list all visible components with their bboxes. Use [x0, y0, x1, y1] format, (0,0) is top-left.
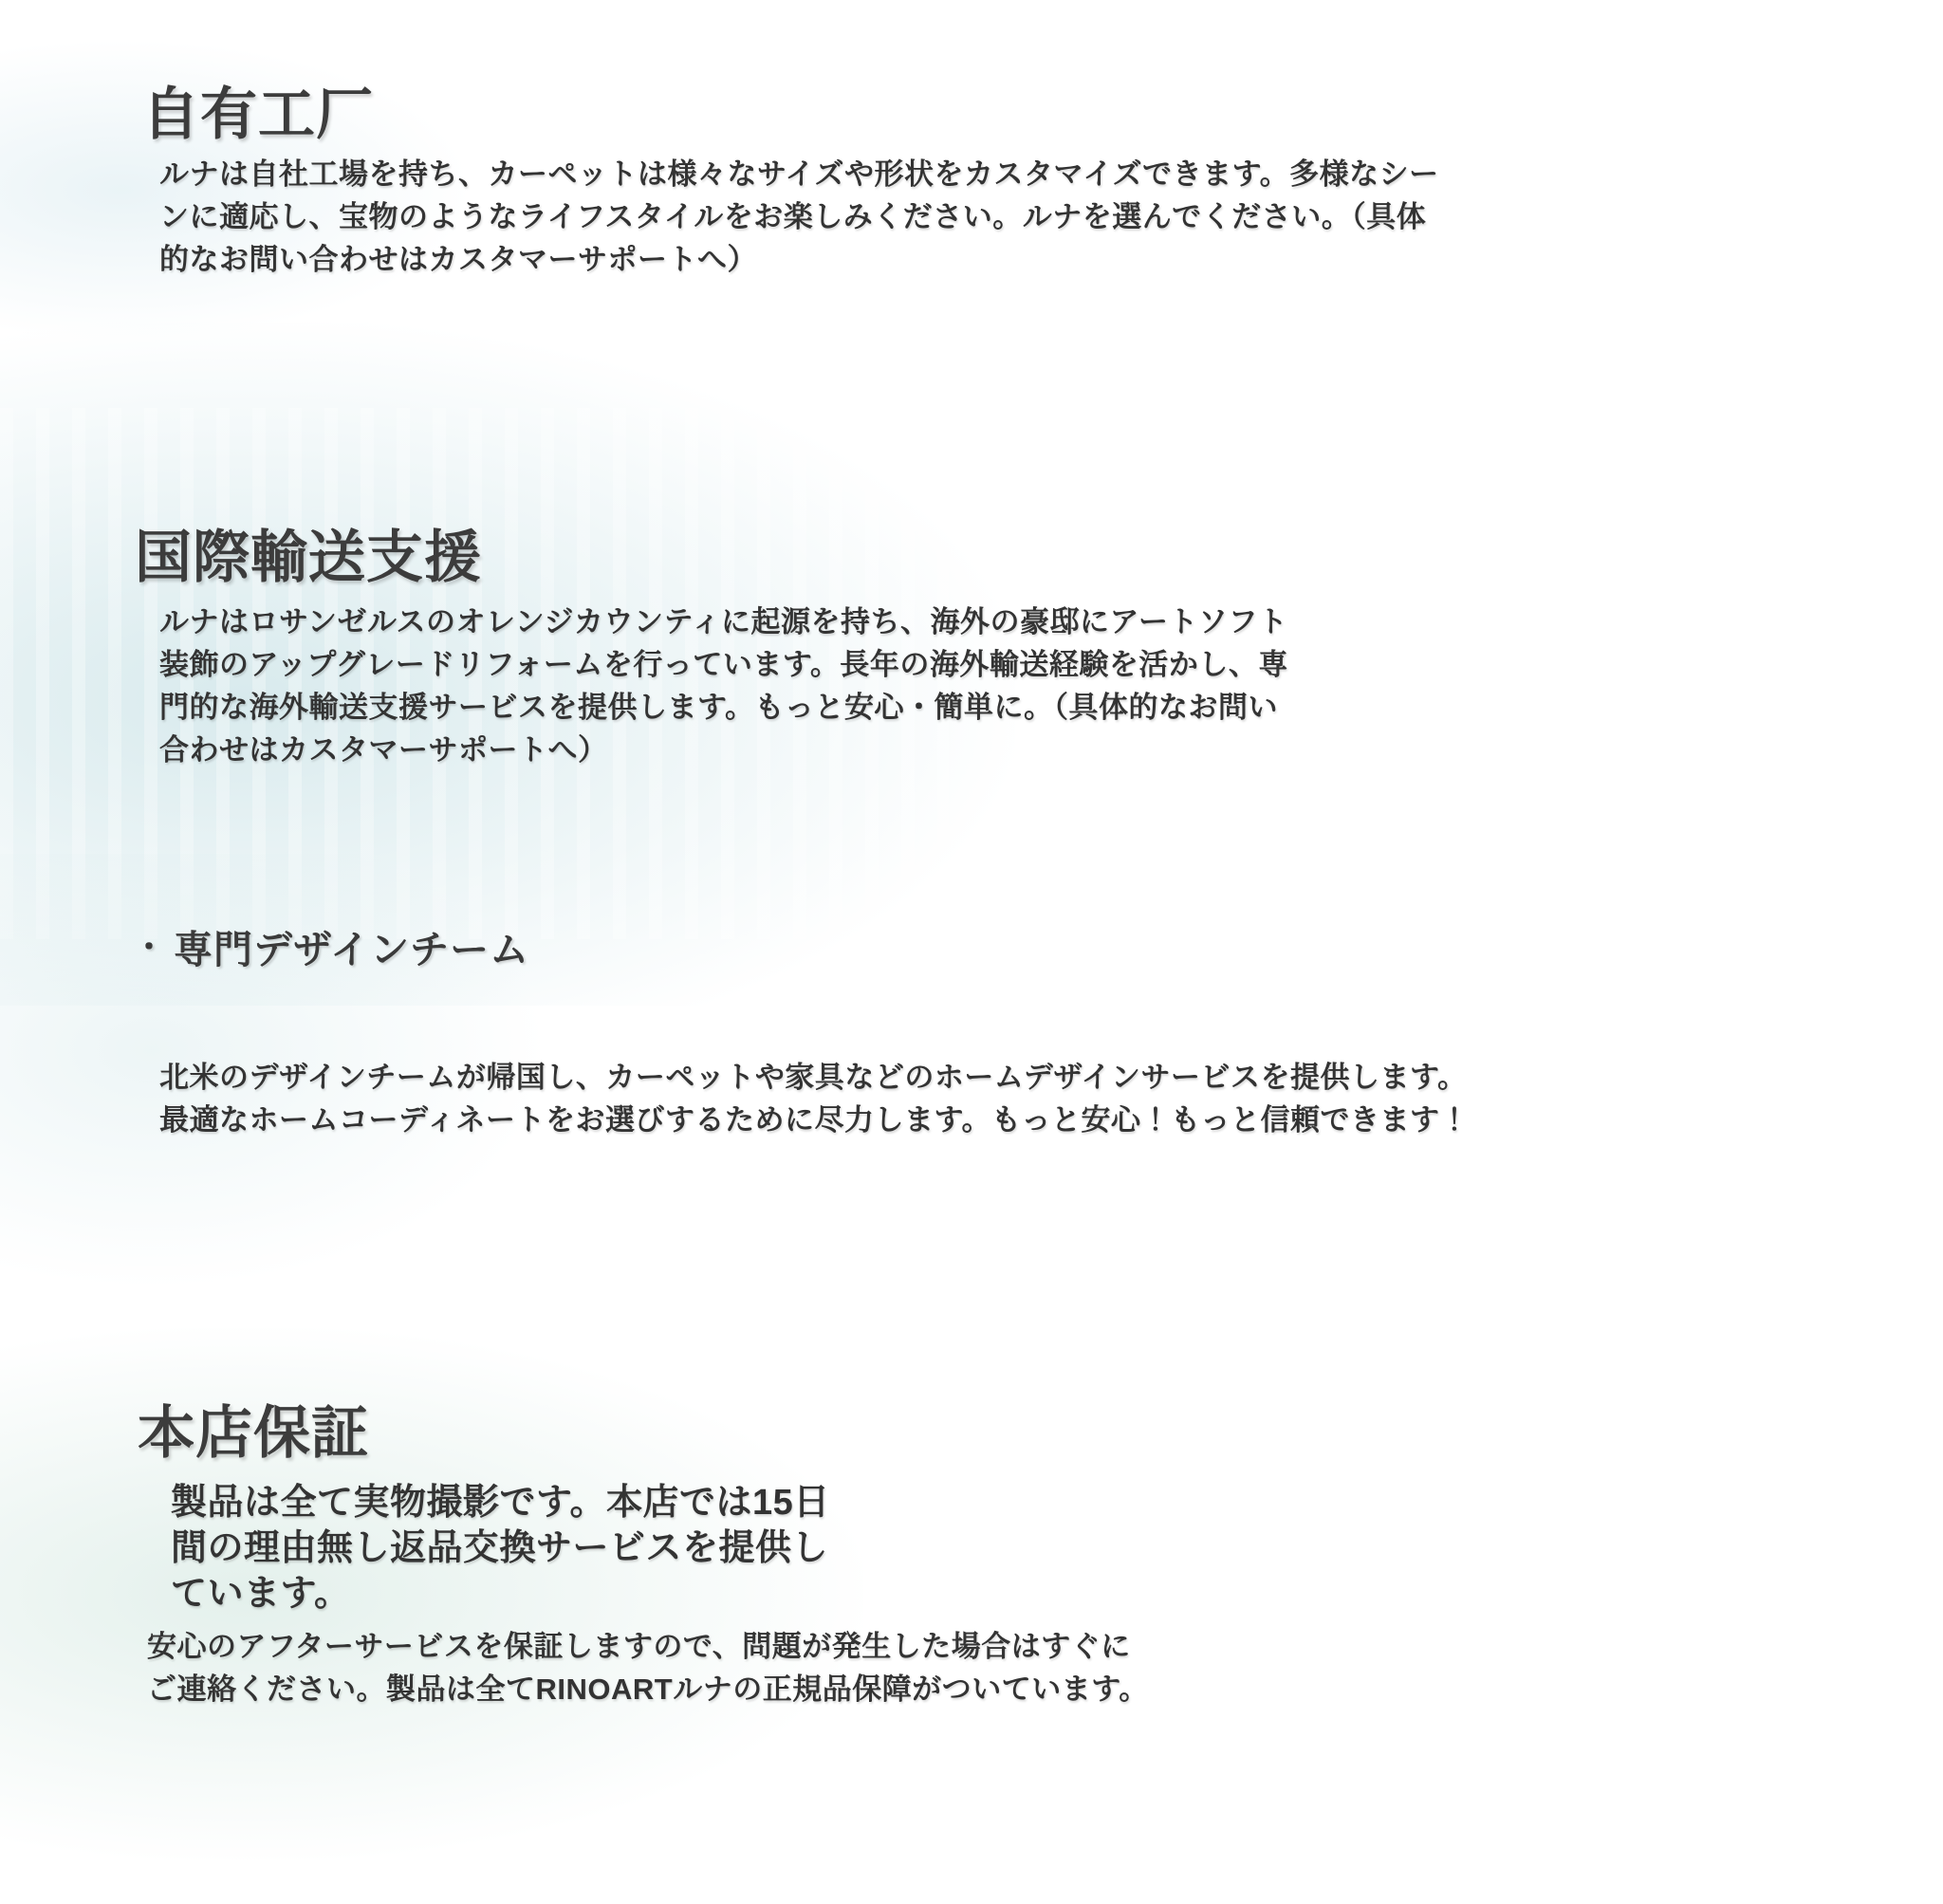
- bullet-dot-icon: ・: [133, 930, 166, 966]
- section-body-design-team: 北米のデザインチームが帰国し、カーペットや家具などのホームデザインサービスを提供…: [159, 1056, 1639, 1141]
- section-title-international-shipping: 国際輸送支援: [135, 527, 482, 589]
- section-body-store-guarantee-secondary: 安心のアフターサービスを保証しますので、問題が発生した場合はすぐに ご連絡くださ…: [147, 1625, 1428, 1710]
- product-description-page: 自有工厂 ルナは自社工場を持ち、カーペットは様々なサイズや形状をカスタマイズでき…: [0, 0, 1943, 1904]
- section-title-own-factory: 自有工厂: [142, 83, 374, 146]
- bullet-title-design-team: 専門デザインチーム: [174, 928, 529, 971]
- section-body-international-shipping: ルナはロサンゼルスのオレンジカウンティに起源を持ち、海外の豪邸にアートソフト 装…: [159, 601, 1355, 771]
- section-title-store-guarantee: 本店保証: [138, 1402, 369, 1465]
- bullet-item-design-team: ・専門デザインチーム: [133, 925, 529, 975]
- section-body-store-guarantee-primary: 製品は全て実物撮影です。本店では15日 間の理由無し返品交換サービスを提供し て…: [171, 1480, 930, 1617]
- section-body-own-factory: ルナは自社工場を持ち、カーペットは様々なサイズや形状をカスタマイズできます。多様…: [159, 153, 1507, 281]
